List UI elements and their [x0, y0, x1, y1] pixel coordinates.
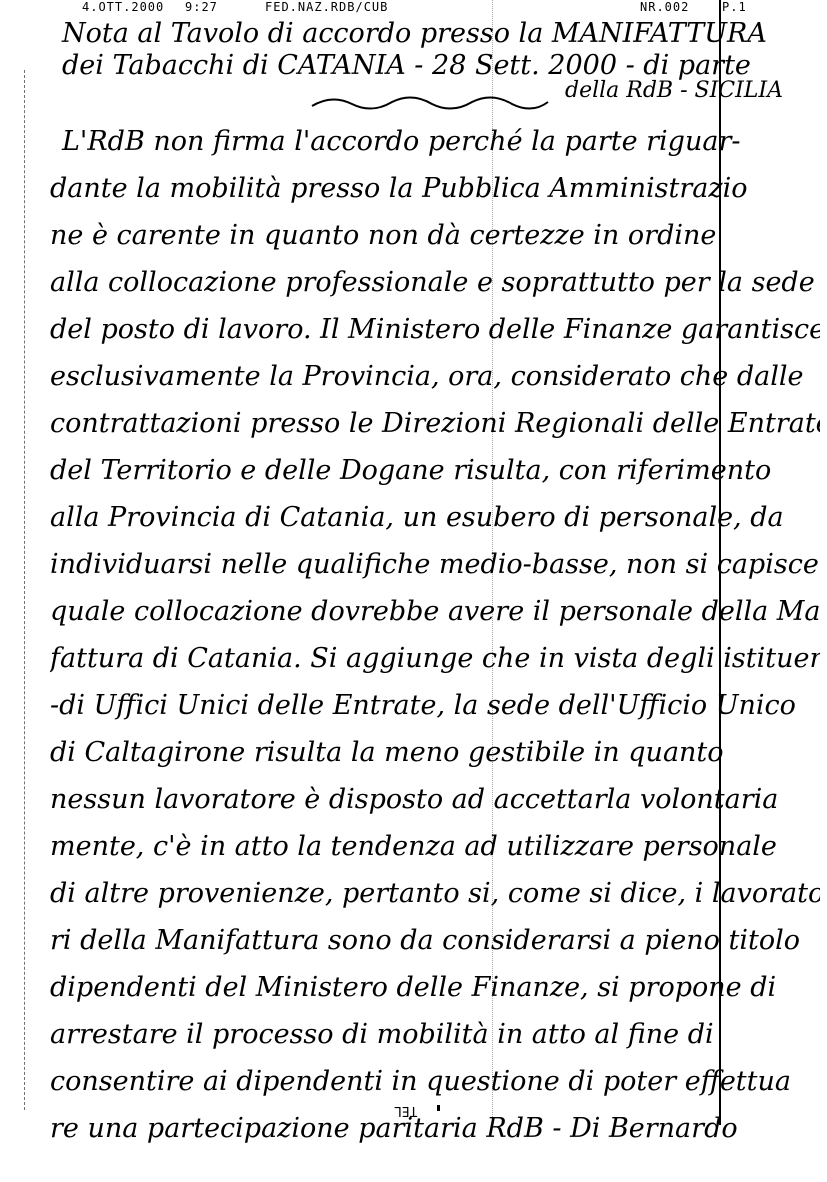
body-line: quale collocazione dovrebbe avere il per… — [50, 588, 820, 635]
body-line: arrestare il processo di mobilità in att… — [50, 1011, 820, 1058]
left-edge-scan-marks — [24, 70, 29, 1110]
fax-transmission-header: 4.OTT.2000 9:27 FED.NAZ.RDB/CUB NR.002 P… — [0, 0, 827, 16]
body-line: alla collocazione professionale e soprat… — [50, 259, 820, 306]
body-line: L'RdB non firma l'accordo perché la part… — [50, 118, 820, 165]
fax-time: 9:27 — [185, 0, 218, 14]
body-line: ri della Manifattura sono da considerars… — [50, 917, 820, 964]
title-line-2: dei Tabacchi di CATANIA - 28 Sett. 2000 … — [62, 50, 751, 81]
fax-page: P.1 — [722, 0, 747, 14]
body-line: di Caltagirone risulta la meno gestibile… — [50, 729, 820, 776]
fax-footer-mark: TEL — [394, 1103, 417, 1118]
body-line: dante la mobilità presso la Pubblica Amm… — [50, 165, 820, 212]
wavy-underline — [310, 92, 550, 112]
body-line: fattura di Catania. Si aggiunge che in v… — [50, 635, 820, 682]
body-line: esclusivamente la Provincia, ora, consid… — [50, 353, 820, 400]
footer-dot — [437, 1105, 440, 1111]
body-line: mente, c'è in atto la tendenza ad utiliz… — [50, 823, 820, 870]
body-line: -di Uffici Unici delle Entrate, la sede … — [50, 682, 820, 729]
title-line-1: Nota al Tavolo di accordo presso la MANI… — [62, 18, 767, 49]
body-line: individuarsi nelle qualifiche medio-bass… — [50, 541, 820, 588]
body-line: del posto di lavoro. Il Ministero delle … — [50, 306, 820, 353]
title-line-3: della RdB - SICILIA — [565, 78, 783, 103]
body-line: re una partecipazione paritaria RdB - Di… — [50, 1105, 820, 1152]
body-line: consentire ai dipendenti in questione di… — [50, 1058, 820, 1105]
fax-number: NR.002 — [640, 0, 689, 14]
body-line: nessun lavoratore è disposto ad accettar… — [50, 776, 820, 823]
body-line: del Territorio e delle Dogane risulta, c… — [50, 447, 820, 494]
fax-sender: FED.NAZ.RDB/CUB — [265, 0, 388, 14]
body-line: ne è carente in quanto non dà certezze i… — [50, 212, 820, 259]
body-line: alla Provincia di Catania, un esubero di… — [50, 494, 820, 541]
fax-date: 4.OTT.2000 — [82, 0, 164, 14]
body-line: contrattazioni presso le Direzioni Regio… — [50, 400, 820, 447]
body-line: dipendenti del Ministero delle Finanze, … — [50, 964, 820, 1011]
handwritten-body: L'RdB non firma l'accordo perché la part… — [50, 118, 820, 1152]
body-line: di altre provenienze, pertanto si, come … — [50, 870, 820, 917]
